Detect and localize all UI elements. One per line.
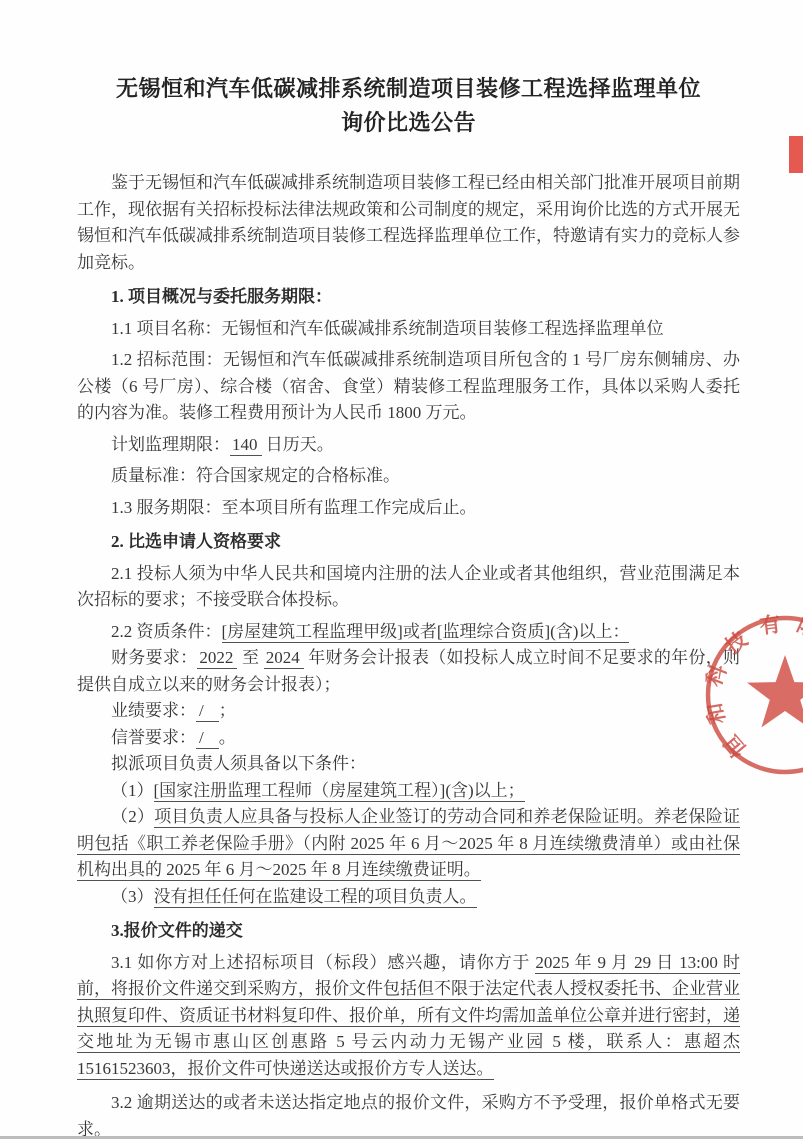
page-title: 无锡恒和汽车低碳减排系统制造项目装修工程选择监理单位 询价比选公告 — [77, 72, 740, 140]
title-line-1: 无锡恒和汽车低碳减排系统制造项目装修工程选择监理单位 — [77, 72, 740, 106]
finance-conjunction: 至 — [242, 648, 259, 667]
plan-duration-label: 计划监理期限： — [111, 435, 230, 454]
item-1-1: 1.1 项目名称：无锡恒和汽车低碳减排系统制造项目装修工程选择监理单位 — [77, 316, 740, 343]
leader-conditions-intro: 拟派项目负责人须具备以下条件： — [77, 751, 740, 778]
finance-year-from: 2022 — [197, 648, 237, 669]
item-2-2-label: 2.2 资质条件： — [111, 622, 222, 641]
document-content: 无锡恒和汽车低碳减排系统制造项目装修工程选择监理单位 询价比选公告 鉴于无锡恒和… — [77, 72, 740, 1145]
title-line-2: 询价比选公告 — [77, 106, 740, 140]
credit-value: / — [196, 728, 219, 749]
section-2-heading: 2. 比选申请人资格要求 — [77, 529, 740, 556]
plan-duration: 计划监理期限：140 日历天。 — [77, 432, 740, 459]
item-1-3: 1.3 服务期限：至本项目所有监理工作完成后止。 — [77, 495, 740, 522]
condition-3-number: （3） — [111, 887, 154, 906]
red-edge-mark — [789, 136, 803, 173]
credit-requirement: 信誉要求：/。 — [77, 725, 740, 752]
performance-label: 业绩要求： — [111, 701, 196, 720]
item-2-2: 2.2 资质条件：[房屋建筑工程监理甲级]或者[监理综合资质](含)以上： — [77, 619, 740, 646]
condition-2-number: （2） — [111, 807, 154, 826]
condition-2-text: 项目负责人应具备与投标人企业签订的劳动合同和养老保险证明。养老保险证明包括《职工… — [77, 807, 740, 881]
performance-value: / — [196, 701, 219, 722]
finance-year-to: 2024 — [264, 648, 304, 669]
section-1-heading: 1. 项目概况与委托服务期限： — [77, 284, 740, 311]
item-1-2: 1.2 招标范围：无锡恒和汽车低碳减排系统制造项目所包含的 1 号厂房东侧辅房、… — [77, 347, 740, 427]
credit-suffix: 。 — [219, 728, 236, 747]
item-2-2-value: [房屋建筑工程监理甲级]或者[监理综合资质](含)以上： — [222, 622, 630, 643]
intro-paragraph: 鉴于无锡恒和汽车低碳减排系统制造项目装修工程已经由相关部门批准开展项目前期工作，… — [77, 170, 740, 276]
quality-standard: 质量标准：符合国家规定的合格标准。 — [77, 463, 740, 490]
finance-requirement: 财务要求：2022 至 2024 年财务会计报表（如投标人成立时间不足要求的年份… — [77, 645, 740, 698]
item-2-1: 2.1 投标人须为中华人民共和国境内注册的法人企业或者其他组织，营业范围满足本次… — [77, 561, 740, 614]
section-3-heading: 3.报价文件的递交 — [77, 918, 740, 945]
performance-requirement: 业绩要求：/； — [77, 698, 740, 725]
plan-duration-suffix: 日历天。 — [266, 435, 334, 454]
plan-duration-value: 140 — [230, 435, 262, 456]
condition-1-number: （1） — [111, 781, 154, 800]
condition-1: （1）[国家注册监理工程师（房屋建筑工程）](含)以上； — [77, 778, 740, 805]
company-seal-stamp: 恒和科技有限公司 — [665, 575, 803, 815]
condition-3-text: 没有担任任何在监建设工程的项目负责人。 — [154, 887, 477, 908]
item-3-1: 3.1 如你方对上述招标项目（标段）感兴趣，请你方于 2025 年 9 月 29… — [77, 950, 740, 1083]
credit-label: 信誉要求： — [111, 728, 196, 747]
document-page: 无锡恒和汽车低碳减排系统制造项目装修工程选择监理单位 询价比选公告 鉴于无锡恒和… — [0, 0, 803, 1145]
condition-3: （3）没有担任任何在监建设工程的项目负责人。 — [77, 884, 740, 911]
finance-label: 财务要求： — [111, 648, 197, 667]
seal-star-icon — [747, 655, 803, 727]
condition-2: （2）项目负责人应具备与投标人企业签订的劳动合同和养老保险证明。养老保险证明包括… — [77, 804, 740, 884]
page-bottom-edge — [0, 1136, 803, 1139]
condition-1-text: [国家注册监理工程师（房屋建筑工程）](含)以上； — [154, 781, 525, 802]
item-3-1-prefix: 3.1 如你方对上述招标项目（标段）感兴趣，请你方于 — [111, 953, 535, 972]
performance-suffix: ； — [219, 701, 236, 720]
